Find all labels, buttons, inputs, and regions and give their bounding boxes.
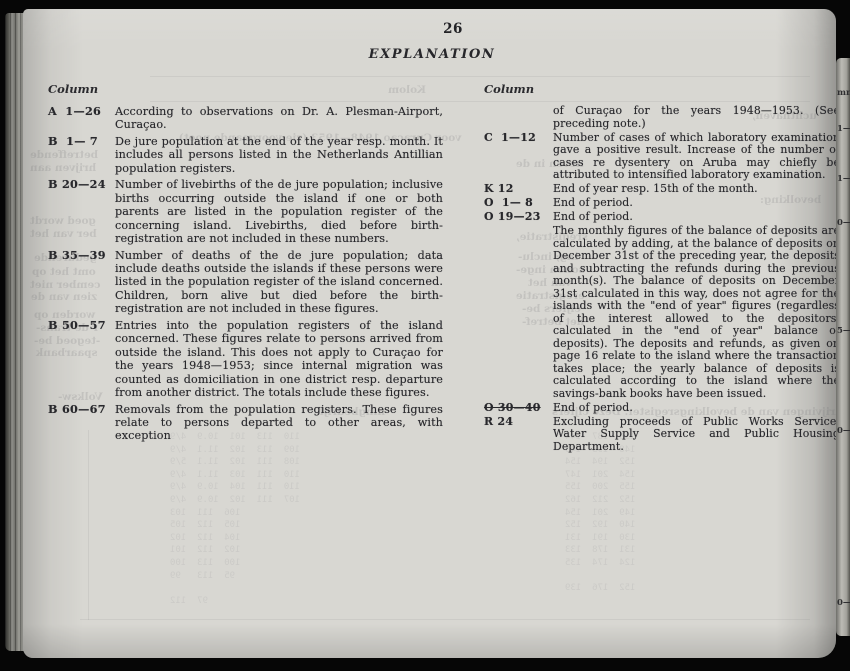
explanation-entry: B 60—67Removals from the population regi… xyxy=(48,403,443,443)
facing-page-text-fragment: 0— xyxy=(837,426,850,436)
entry-text: Number of deaths of the de jure populati… xyxy=(115,249,443,316)
entry-text: De jure population at the end of the yea… xyxy=(115,135,443,175)
entry-text: According to observations on Dr. A. Ples… xyxy=(115,105,443,132)
show-through-table-row: 152 176 139 xyxy=(565,583,635,593)
explanation-entry: R 24Excluding proceeds of Public Works S… xyxy=(484,416,840,454)
entry-code: O 30—40 xyxy=(484,402,553,415)
show-through-table-row: 97 112 xyxy=(170,596,213,606)
explanation-entry: B 50—57Entries into the population regis… xyxy=(48,319,443,400)
facing-page-text-fragment: 1—2 xyxy=(837,124,850,134)
entry-code: B 60—67 xyxy=(48,403,115,443)
show-through-table-row: 104 112 102 xyxy=(170,533,240,543)
show-through-table-row: 154 201 147 xyxy=(565,470,635,480)
show-through-table-row: 152 194 154 xyxy=(565,457,635,467)
explanation-entry: C 1—12Number of cases of which laborator… xyxy=(484,132,840,182)
entry-text: The monthly figures of the balance of de… xyxy=(553,225,840,400)
page-title: EXPLANATION xyxy=(312,47,552,62)
show-through-table-row: 131 178 133 xyxy=(565,545,635,555)
entry-code: B 50—57 xyxy=(48,319,115,400)
show-through-table-row: 110 111 103 11.1 4/9 xyxy=(170,470,300,480)
left-explanation-list: A 1—26According to observations on Dr. A… xyxy=(48,105,443,446)
entry-code xyxy=(484,225,553,400)
show-through-table-row: 152 212 162 xyxy=(565,495,635,505)
entry-text: End of period. xyxy=(553,211,840,224)
show-through-line xyxy=(88,430,89,620)
facing-page-edge: mn1—21—0—5—0—0— xyxy=(836,58,850,636)
scanned-book-page: Kolomvoor Curaçao 1948—1953 (zie voorgaa… xyxy=(0,0,850,671)
show-through-table-row: 149 201 154 xyxy=(565,508,635,518)
show-through-table-row: 105 112 105 xyxy=(170,520,240,530)
show-through-table-row: 107 111 102 10.9 4/9 xyxy=(170,495,300,505)
explanation-entry: O 30—40End of period. xyxy=(484,402,840,415)
entry-text: End of period. xyxy=(553,197,840,210)
entry-code: B 20—24 xyxy=(48,178,115,245)
show-through-line xyxy=(80,619,810,620)
right-column-header: Column xyxy=(484,82,534,96)
explanation-entry: The monthly figures of the balance of de… xyxy=(484,225,840,400)
explanation-entry: B 1— 7De jure population at the end of t… xyxy=(48,135,443,175)
entry-code: K 12 xyxy=(484,183,553,196)
entry-code: O 1— 8 xyxy=(484,197,553,210)
entry-text: of Curaçao for the years 1948—1953. (See… xyxy=(553,105,840,130)
entry-code: O 19—23 xyxy=(484,211,553,224)
entry-code: A 1—26 xyxy=(48,105,115,132)
show-through-fragment: Kolom xyxy=(388,84,426,96)
explanation-entry: B 20—24Number of livebirths of the de ju… xyxy=(48,178,443,245)
show-through-table-row: 109 113 102 11.1 4/9 xyxy=(170,445,300,455)
show-through-table-row: 110 111 104 10.9 4/9 xyxy=(170,482,300,492)
show-through-table-row: 95 113 99 xyxy=(170,571,240,581)
show-through-table-row: 102 112 101 xyxy=(170,545,240,555)
entry-code xyxy=(484,105,553,130)
explanation-entry: of Curaçao for the years 1948—1953. (See… xyxy=(484,105,840,130)
left-column-header: Column xyxy=(48,82,98,96)
show-through-table-row: 124 174 135 xyxy=(565,558,635,568)
show-through-table-row: 100 113 100 xyxy=(170,558,240,568)
show-through-table-row: 106 111 103 xyxy=(170,508,240,518)
show-through-table-row: 108 111 102 11.1 5/9 xyxy=(170,457,300,467)
entry-code: B 1— 7 xyxy=(48,135,115,175)
entry-text: Number of livebirths of the de jure popu… xyxy=(115,178,443,245)
facing-page-text-fragment: 5— xyxy=(837,326,850,336)
explanation-entry: O 19—23End of period. xyxy=(484,211,840,224)
show-through-line xyxy=(150,101,810,102)
explanation-entry: O 1— 8End of period. xyxy=(484,197,840,210)
right-explanation-list: of Curaçao for the years 1948—1953. (See… xyxy=(484,105,840,455)
show-through-table-row: 140 192 152 xyxy=(565,520,635,530)
facing-page-text-fragment: 0— xyxy=(837,218,850,228)
show-through-line xyxy=(150,76,810,77)
entry-text: End of year resp. 15th of the month. xyxy=(553,183,840,196)
page-number: 26 xyxy=(408,21,498,37)
entry-text: Number of cases of which laboratory exam… xyxy=(553,132,840,182)
entry-text: Entries into the population registers of… xyxy=(115,319,443,400)
entry-text: End of period. xyxy=(553,402,840,415)
show-through-table-row: 155 200 155 xyxy=(565,482,635,492)
explanation-entry: B 35—39Number of deaths of the de jure p… xyxy=(48,249,443,316)
explanation-entry: A 1—26According to observations on Dr. A… xyxy=(48,105,443,132)
facing-page-text-fragment: 1— xyxy=(837,174,850,184)
entry-text: Removals from the population registers. … xyxy=(115,403,443,443)
entry-code: R 24 xyxy=(484,416,553,454)
facing-page-text-fragment: mn xyxy=(837,88,850,98)
explanation-entry: K 12End of year resp. 15th of the month. xyxy=(484,183,840,196)
entry-text: Excluding proceeds of Public Works Servi… xyxy=(553,416,840,454)
show-through-table-row: 130 191 131 xyxy=(565,533,635,543)
entry-code: B 35—39 xyxy=(48,249,115,316)
entry-code: C 1—12 xyxy=(484,132,553,182)
facing-page-text-fragment: 0— xyxy=(837,598,850,608)
